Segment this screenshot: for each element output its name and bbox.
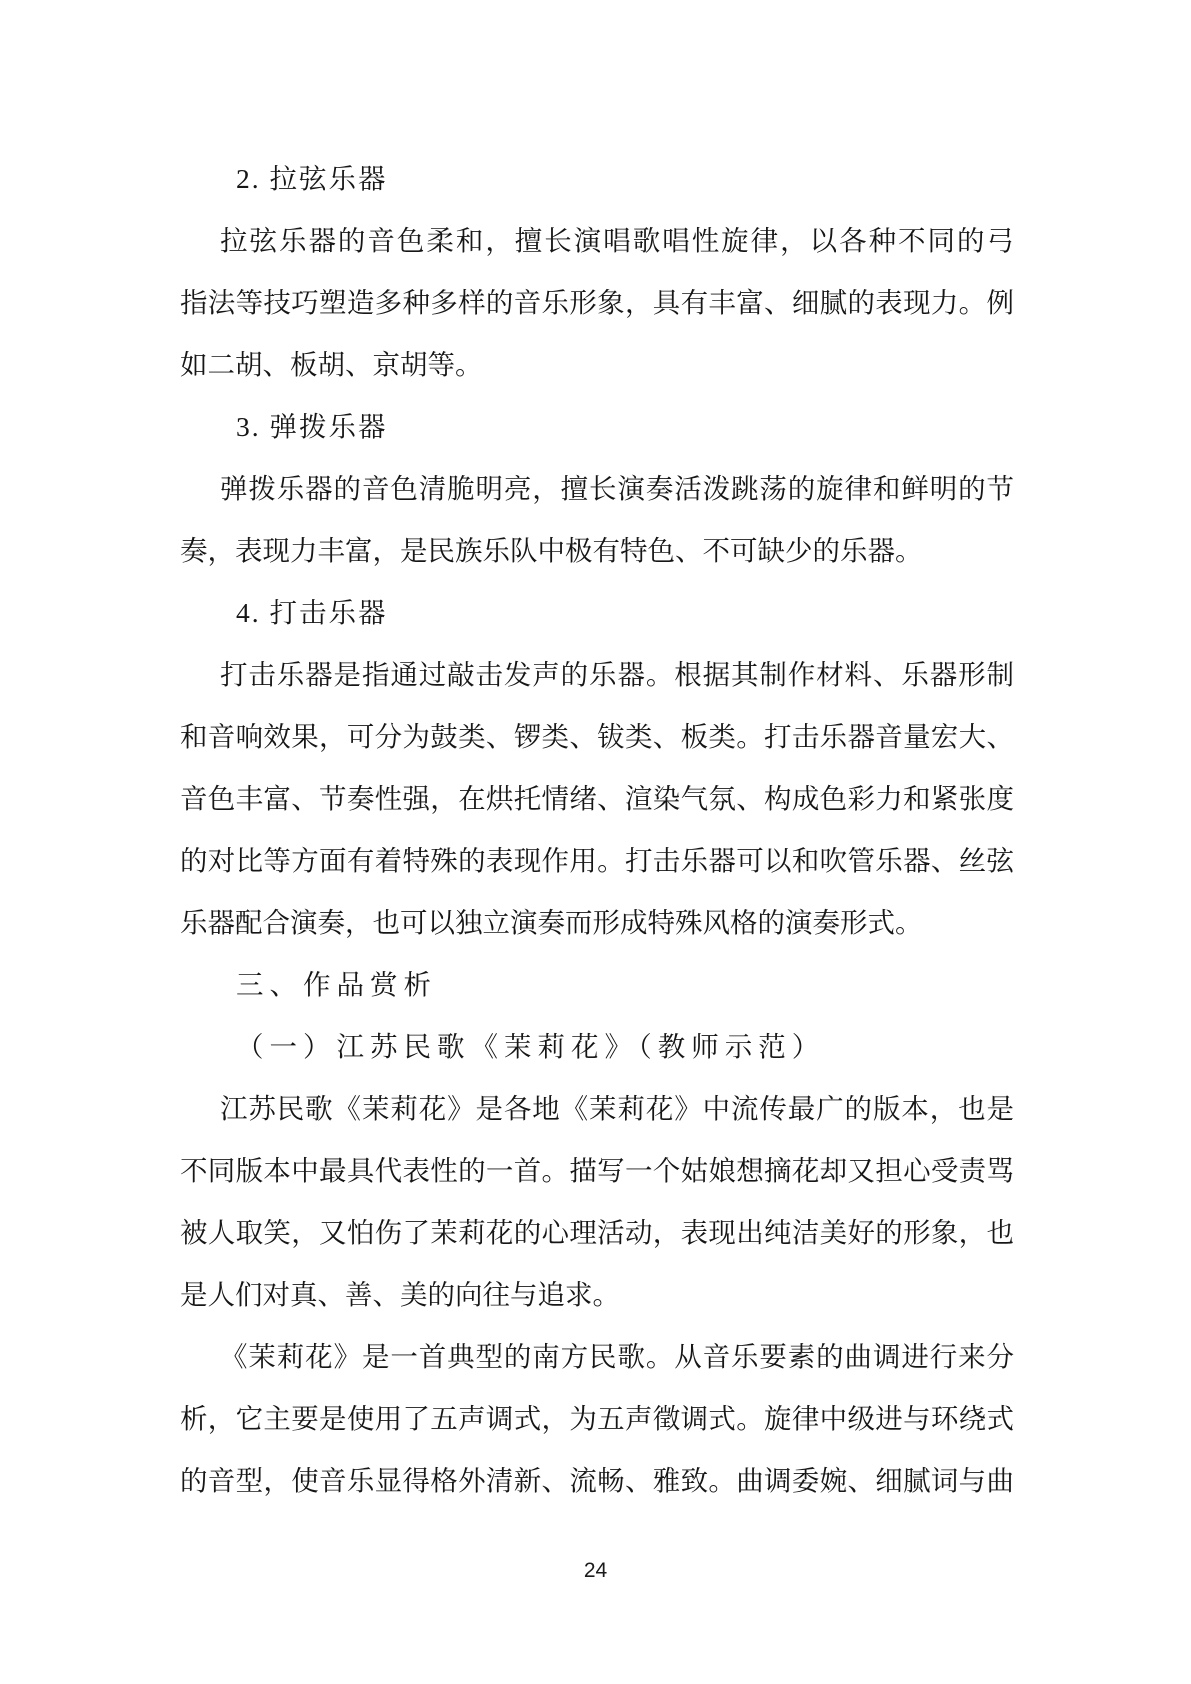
paragraph-line: 的对比等方面有着特殊的表现作用。打击乐器可以和吹管乐器、丝弦 — [180, 830, 1014, 892]
page-body-text: 2. 拉弦乐器 拉弦乐器的音色柔和，擅长演唱歌唱性旋律，以各种不同的弓法、 指法… — [180, 148, 1014, 1512]
paragraph-line: 析，它主要是使用了五声调式，为五声徵调式。旋律中级进与环绕式 — [180, 1388, 1014, 1450]
paragraph-line: 弹拨乐器的音色清脆明亮，擅长演奏活泼跳荡的旋律和鲜明的节 — [180, 458, 1014, 520]
paragraph-line: 指法等技巧塑造多种多样的音乐形象，具有丰富、细腻的表现力。例 — [180, 272, 1014, 334]
paragraph-line: 奏，表现力丰富，是民族乐队中极有特色、不可缺少的乐器。 — [180, 520, 1014, 582]
paragraph-line: 的音型，使音乐显得格外清新、流畅、雅致。曲调委婉、细腻词与曲 — [180, 1450, 1014, 1512]
section-heading-plucked-strings: 3. 弹拨乐器 — [180, 396, 1014, 458]
paragraph-line: 打击乐器是指通过敲击发声的乐器。根据其制作材料、乐器形制 — [180, 644, 1014, 706]
page-number: 24 — [0, 1556, 1191, 1586]
paragraph-line: 是人们对真、善、美的向往与追求。 — [180, 1264, 1014, 1326]
paragraph-line: 江苏民歌《茉莉花》是各地《茉莉花》中流传最广的版本，也是 — [180, 1078, 1014, 1140]
document-page: 2. 拉弦乐器 拉弦乐器的音色柔和，擅长演唱歌唱性旋律，以各种不同的弓法、 指法… — [0, 0, 1191, 1684]
paragraph-line: 《茉莉花》是一首典型的南方民歌。从音乐要素的曲调进行来分 — [180, 1326, 1014, 1388]
subheading-jasmine-flower: （一）江苏民歌《茉莉花》（教师示范） — [180, 1016, 1014, 1078]
paragraph-line: 拉弦乐器的音色柔和，擅长演唱歌唱性旋律，以各种不同的弓法、 — [180, 210, 1014, 272]
paragraph-line: 被人取笑，又怕伤了茉莉花的心理活动，表现出纯洁美好的形象，也 — [180, 1202, 1014, 1264]
section-heading-appreciation: 三、作品赏析 — [180, 954, 1014, 1016]
paragraph-line: 和音响效果，可分为鼓类、锣类、钹类、板类。打击乐器音量宏大、 — [180, 706, 1014, 768]
paragraph-line: 音色丰富、节奏性强，在烘托情绪、渲染气氛、构成色彩力和紧张度 — [180, 768, 1014, 830]
paragraph-line: 如二胡、板胡、京胡等。 — [180, 334, 1014, 396]
paragraph-line: 乐器配合演奏，也可以独立演奏而形成特殊风格的演奏形式。 — [180, 892, 1014, 954]
section-heading-bowed-strings: 2. 拉弦乐器 — [180, 148, 1014, 210]
paragraph-line: 不同版本中最具代表性的一首。描写一个姑娘想摘花却又担心受责骂 — [180, 1140, 1014, 1202]
section-heading-percussion: 4. 打击乐器 — [180, 582, 1014, 644]
